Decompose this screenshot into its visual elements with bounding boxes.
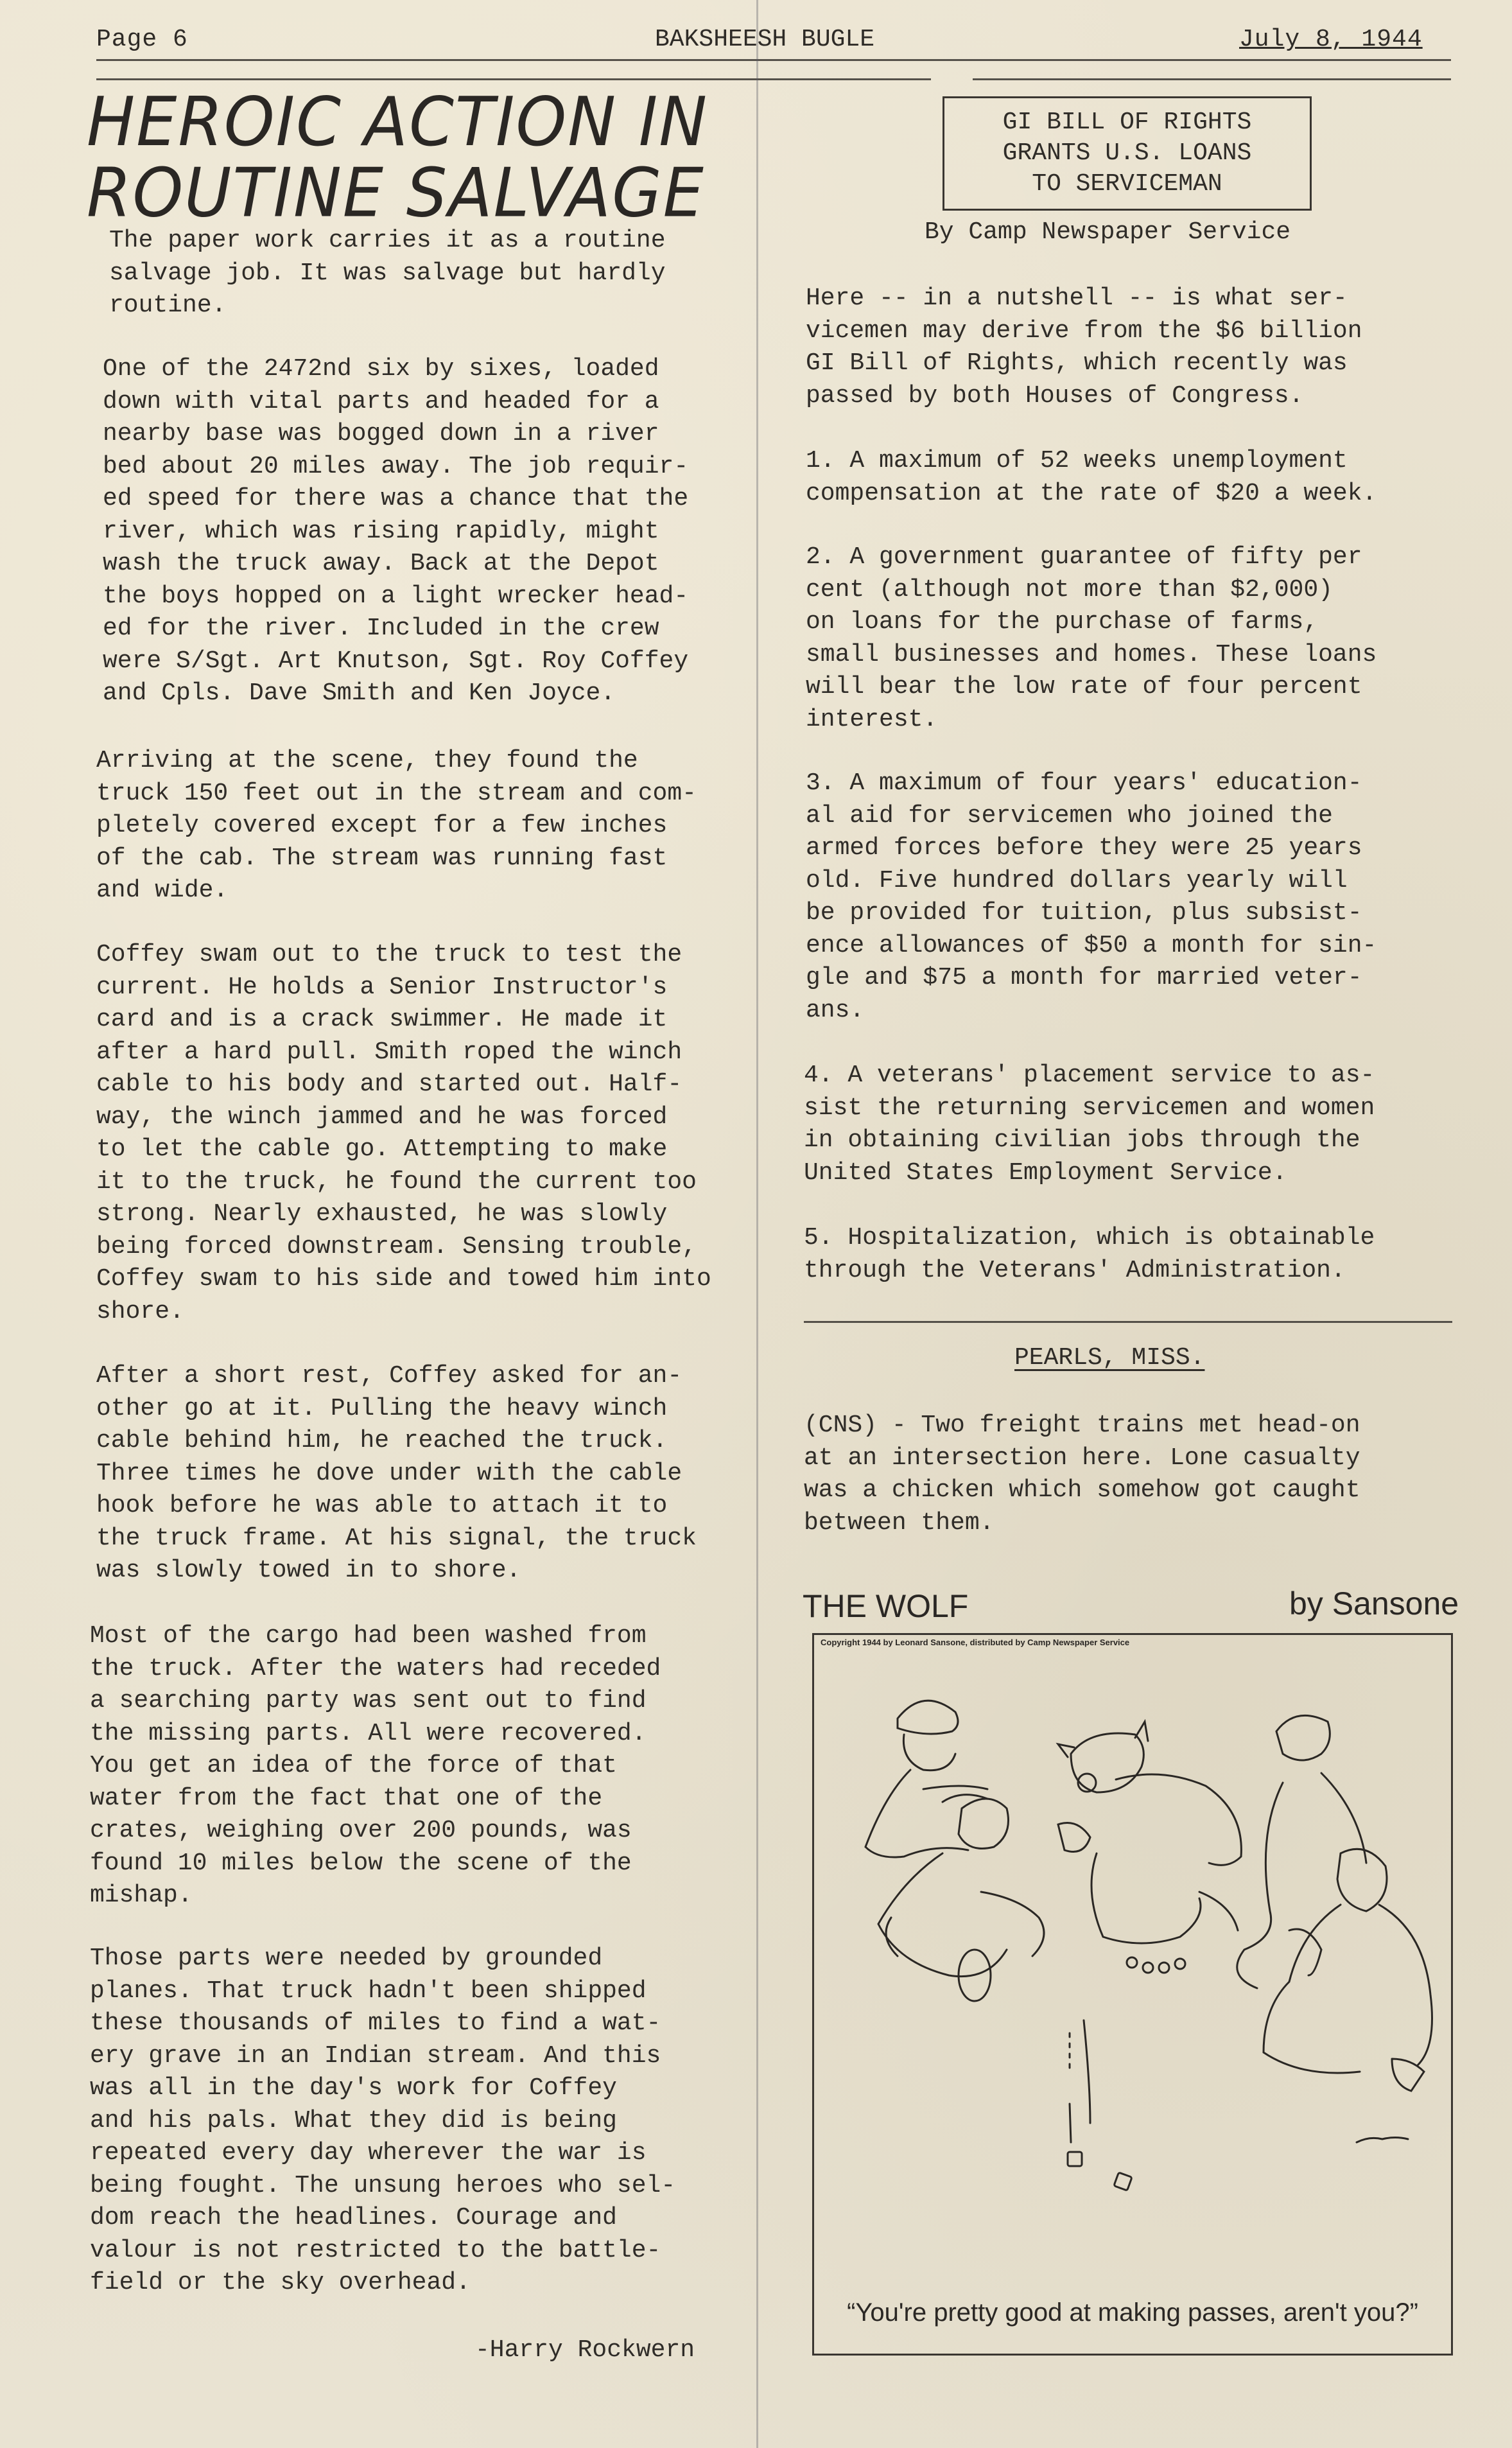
kneeling-figure-right bbox=[1264, 1849, 1432, 2091]
article-paragraph: One of the 2472nd six by sixes, loaded d… bbox=[103, 353, 688, 710]
wolf-character bbox=[1058, 1722, 1241, 1973]
headline-line-2: ROUTINE SALVAGE bbox=[87, 157, 729, 228]
page-fold-crease bbox=[756, 0, 758, 2448]
masthead-rule-bottom-left bbox=[96, 78, 931, 80]
gi-bill-item-5: 5. Hospitalization, which is obtainable … bbox=[804, 1222, 1375, 1287]
page-number: Page 6 bbox=[96, 26, 188, 53]
dice-trajectory bbox=[1068, 2020, 1132, 2190]
article-paragraph: The paper work carries it as a routine s… bbox=[109, 225, 666, 322]
box-headline-line: TO SERVICEMAN bbox=[944, 169, 1310, 200]
masthead-rule-bottom-right bbox=[973, 78, 1451, 80]
gi-bill-item-1: 1. A maximum of 52 weeks unemployment co… bbox=[806, 445, 1377, 510]
comic-title: THE WOLF bbox=[803, 1587, 968, 1625]
comic-author: by Sansone bbox=[1289, 1585, 1459, 1622]
article-paragraph: Arriving at the scene, they found the tr… bbox=[96, 745, 697, 907]
brief-dateline: PEARLS, MISS. bbox=[1014, 1344, 1204, 1372]
comic-copyright: Copyright 1944 by Leonard Sansone, distr… bbox=[821, 1638, 1129, 1647]
box-headline-line: GI BILL OF RIGHTS bbox=[944, 107, 1310, 138]
brief-text: (CNS) - Two freight trains met head-on a… bbox=[804, 1410, 1360, 1539]
masthead-rule-top bbox=[96, 59, 1451, 61]
crouching-figure-left bbox=[878, 1799, 1044, 2001]
gi-bill-headline-box: GI BILL OF RIGHTS GRANTS U.S. LOANS TO S… bbox=[943, 96, 1312, 211]
issue-date: July 8, 1944 bbox=[1239, 26, 1423, 53]
soldier-helmet-figure bbox=[865, 1700, 987, 1857]
comic-caption: “You're pretty good at making passes, ar… bbox=[827, 2297, 1438, 2328]
article-author: -Harry Rockwern bbox=[475, 2334, 695, 2367]
comic-panel: Copyright 1944 by Leonard Sansone, distr… bbox=[812, 1633, 1453, 2356]
article-headline: HEROIC ACTION IN ROUTINE SALVAGE bbox=[87, 87, 729, 229]
comic-illustration bbox=[814, 1661, 1451, 2226]
article-byline: By Camp Newspaper Service bbox=[925, 218, 1290, 246]
gi-bill-item-2: 2. A government guarantee of fifty per c… bbox=[806, 541, 1377, 736]
gi-bill-intro: Here -- in a nutshell -- is what ser- vi… bbox=[806, 283, 1362, 412]
article-paragraph: Most of the cargo had been washed from t… bbox=[90, 1620, 661, 1912]
box-headline-line: GRANTS U.S. LOANS bbox=[944, 138, 1310, 169]
article-paragraph: After a short rest, Coffey asked for an-… bbox=[96, 1360, 697, 1587]
article-paragraph: Those parts were needed by grounded plan… bbox=[90, 1943, 675, 2300]
newspaper-name: BAKSHEESH BUGLE bbox=[655, 26, 874, 53]
headline-line-1: HEROIC ACTION IN bbox=[87, 87, 729, 157]
gi-bill-item-3: 3. A maximum of four years' education- a… bbox=[806, 767, 1377, 1027]
gi-bill-item-4: 4. A veterans' placement service to as- … bbox=[804, 1060, 1375, 1189]
article-paragraph: Coffey swam out to the truck to test the… bbox=[96, 939, 711, 1328]
section-divider bbox=[804, 1321, 1452, 1323]
artist-signature-mark bbox=[1357, 2138, 1408, 2143]
